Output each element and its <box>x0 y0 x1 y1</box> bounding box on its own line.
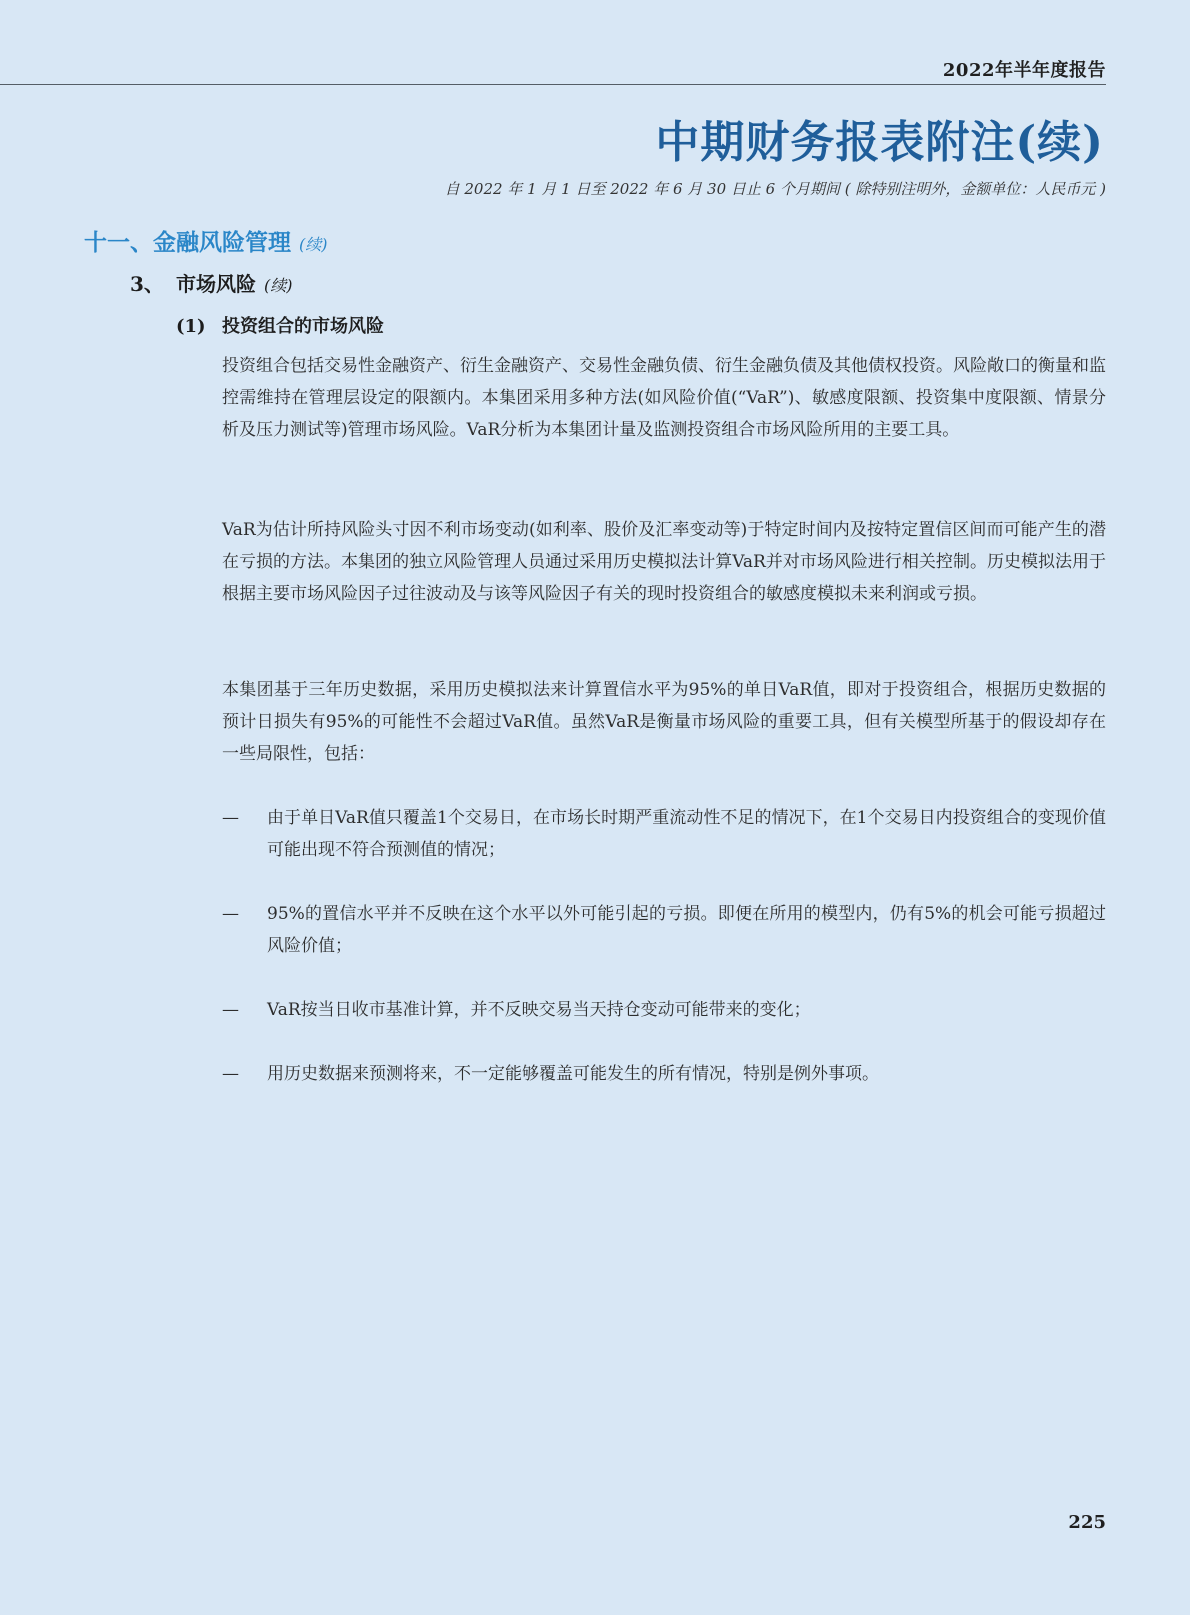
section-number: (1) <box>176 316 222 337</box>
section-number: 3、 <box>130 268 176 297</box>
report-label: 2022年半年度报告 <box>943 56 1106 82</box>
section-label: 十一、金融风险管理 <box>84 229 291 256</box>
list-item-text: 95%的置信水平并不反映在这个水平以外可能引起的亏损。即便在所用的模型内，仍有5… <box>267 898 1106 962</box>
section-label: 市场风险 <box>176 272 256 296</box>
section-label: 投资组合的市场风险 <box>222 316 384 337</box>
section-heading-level2: 3、市场风险(续) <box>130 268 293 297</box>
list-item: — 用历史数据来预测将来，不一定能够覆盖可能发生的所有情况，特别是例外事项。 <box>222 1058 1106 1090</box>
page-number: 225 <box>1068 1512 1106 1533</box>
dash-bullet: — <box>222 994 252 1026</box>
page-subtitle: 自 2022 年 1 月 1 日至 2022 年 6 月 30 日止 6 个月期… <box>445 178 1106 199</box>
dash-bullet: — <box>222 1058 252 1090</box>
list-item: — 95%的置信水平并不反映在这个水平以外可能引起的亏损。即便在所用的模型内，仍… <box>222 898 1106 962</box>
paragraph-var-method: 本集团基于三年历史数据，采用历史模拟法来计算置信水平为95%的单日VaR值，即对… <box>222 674 1106 770</box>
list-item-text: VaR按当日收市基准计算，并不反映交易当天持仓变动可能带来的变化； <box>267 994 1106 1026</box>
list-item-text: 由于单日VaR值只覆盖1个交易日，在市场长时期严重流动性不足的情况下，在1个交易… <box>267 802 1106 866</box>
section-heading-level1: 十一、金融风险管理(续) <box>84 224 328 257</box>
list-item: — 由于单日VaR值只覆盖1个交易日，在市场长时期严重流动性不足的情况下，在1个… <box>222 802 1106 866</box>
section-heading-level3: (1)投资组合的市场风险 <box>176 312 384 338</box>
paragraph-var-definition: VaR为估计所持风险头寸因不利市场变动(如利率、股价及汇率变动等)于特定时间内及… <box>222 514 1106 610</box>
continued-label: (续) <box>264 276 293 295</box>
page-title: 中期财务报表附注(续) <box>655 106 1104 170</box>
dash-bullet: — <box>222 898 252 930</box>
paragraph-portfolio: 投资组合包括交易性金融资产、衍生金融资产、交易性金融负债、衍生金融负债及其他债权… <box>222 350 1106 446</box>
header-rule <box>0 84 1106 85</box>
continued-label: (续) <box>299 235 328 254</box>
list-item: — VaR按当日收市基准计算，并不反映交易当天持仓变动可能带来的变化； <box>222 994 1106 1026</box>
dash-bullet: — <box>222 802 252 834</box>
list-item-text: 用历史数据来预测将来，不一定能够覆盖可能发生的所有情况，特别是例外事项。 <box>267 1058 1106 1090</box>
